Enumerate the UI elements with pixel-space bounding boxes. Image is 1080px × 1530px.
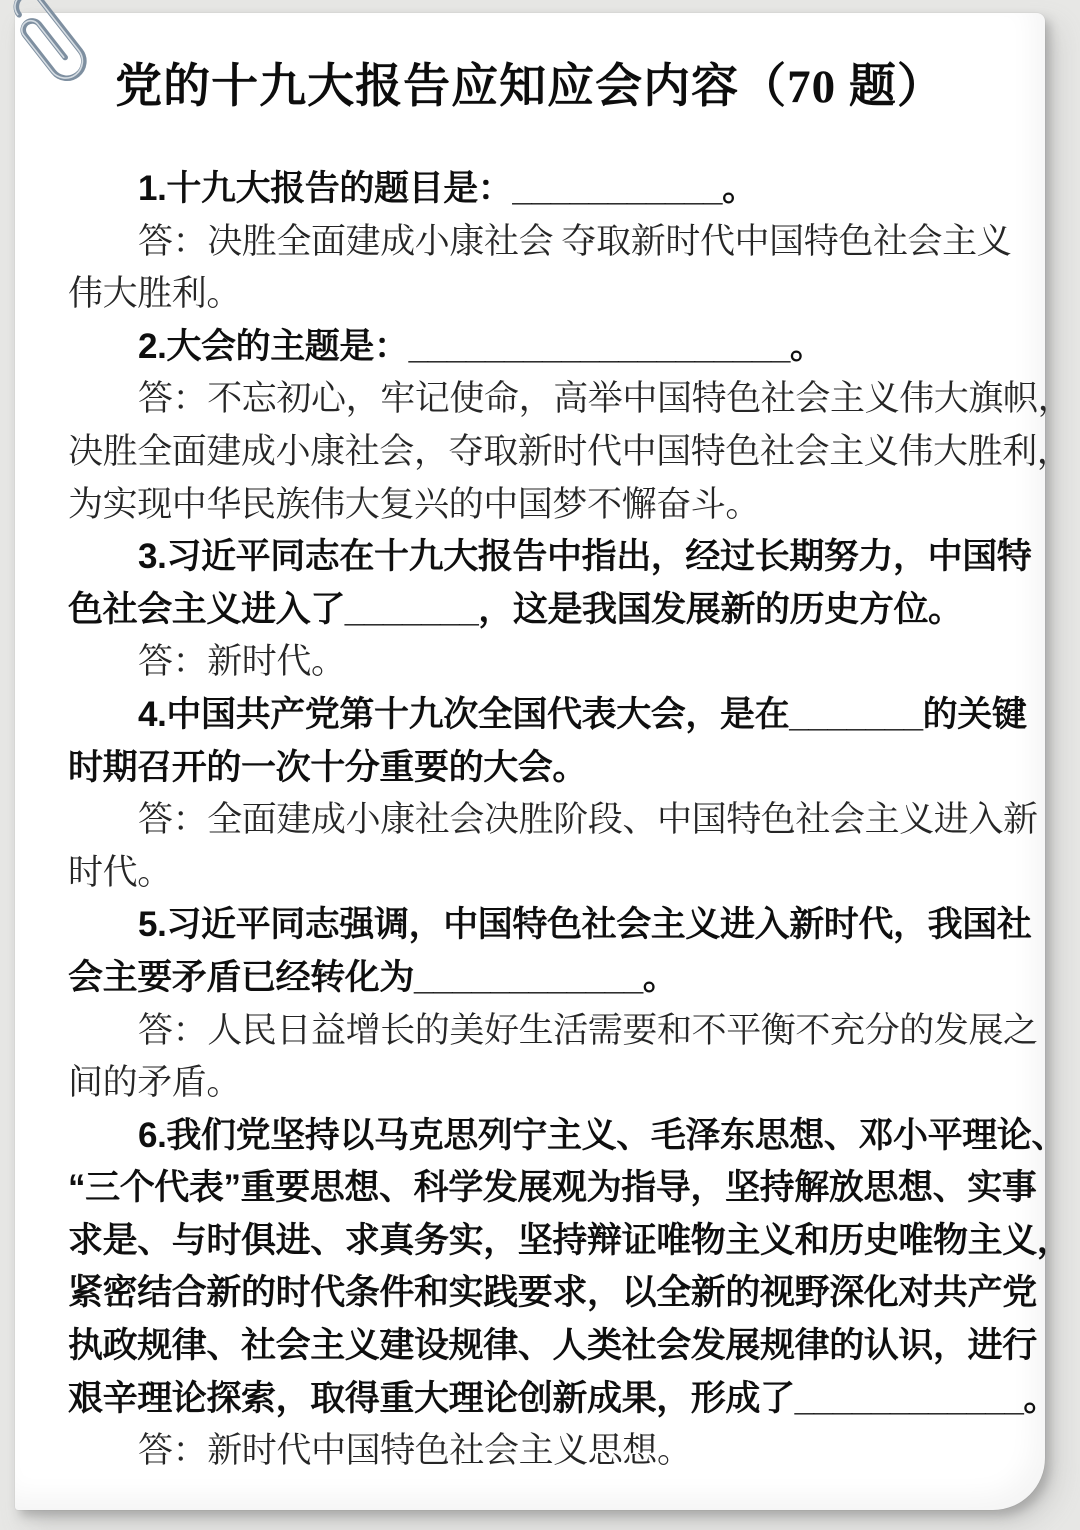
question-5-line: 5.习近平同志强调，中国特色社会主义进入新时代，我国社 xyxy=(68,899,1045,952)
question-6-line: “三个代表”重要思想、科学发展观为指导，坚持解放思想、实事 xyxy=(68,1162,1045,1215)
answer-2-line: 决胜全面建成小康社会，夺取新时代中国特色社会主义伟大胜利， xyxy=(68,426,1045,479)
question-6-line: 求是、与时俱进、求真务实，坚持辩证唯物主义和历史唯物主义， xyxy=(68,1215,1045,1268)
document-title: 党的十九大报告应知应会内容（70 题） xyxy=(15,49,1045,116)
page-background: 党的十九大报告应知应会内容（70 题） 1.十九大报告的题目是：________… xyxy=(0,0,1080,1530)
answer-2-line: 答：不忘初心，牢记使命，高举中国特色社会主义伟大旗帜， xyxy=(68,373,1045,426)
question-3-line: 3.习近平同志在十九大报告中指出，经过长期努力，中国特 xyxy=(68,531,1045,584)
answer-3-line: 答：新时代。 xyxy=(68,636,1045,689)
question-4-line: 4.中国共产党第十九次全国代表大会，是在_______的关键 xyxy=(68,689,1045,742)
question-4-line: 时期召开的一次十分重要的大会。 xyxy=(68,742,1045,795)
question-2-line: 2.大会的主题是：____________________。 xyxy=(68,321,1045,374)
answer-2-line: 为实现中华民族伟大复兴的中国梦不懈奋斗。 xyxy=(68,479,1045,532)
answer-5-line: 答：人民日益增长的美好生活需要和不平衡不充分的发展之 xyxy=(68,1005,1045,1058)
question-3-line: 色社会主义进入了_______，这是我国发展新的历史方位。 xyxy=(68,584,1045,637)
question-6-line: 执政规律、社会主义建设规律、人类社会发展规律的认识，进行 xyxy=(68,1320,1045,1373)
answer-6-line: 答：新时代中国特色社会主义思想。 xyxy=(68,1425,1045,1478)
question-6-line: 紧密结合新的时代条件和实践要求，以全新的视野深化对共产党 xyxy=(68,1267,1045,1320)
answer-4-line: 时代。 xyxy=(68,847,1045,900)
document-page: 党的十九大报告应知应会内容（70 题） 1.十九大报告的题目是：________… xyxy=(15,13,1045,1510)
question-1-line: 1.十九大报告的题目是：___________。 xyxy=(68,163,1045,216)
answer-5-line: 间的矛盾。 xyxy=(68,1057,1045,1110)
question-6-line: 6.我们党坚持以马克思列宁主义、毛泽东思想、邓小平理论、 xyxy=(68,1110,1045,1163)
answer-1-line: 答：决胜全面建成小康社会 夺取新时代中国特色社会主义 xyxy=(68,216,1045,269)
question-5-line: 会主要矛盾已经转化为____________。 xyxy=(68,952,1045,1005)
answer-1-line: 伟大胜利。 xyxy=(68,268,1045,321)
document-body: 1.十九大报告的题目是：___________。 答：决胜全面建成小康社会 夺取… xyxy=(68,163,1045,1478)
answer-4-line: 答：全面建成小康社会决胜阶段、中国特色社会主义进入新 xyxy=(68,794,1045,847)
question-6-line: 艰辛理论探索，取得重大理论创新成果，形成了____________。 xyxy=(68,1373,1045,1426)
